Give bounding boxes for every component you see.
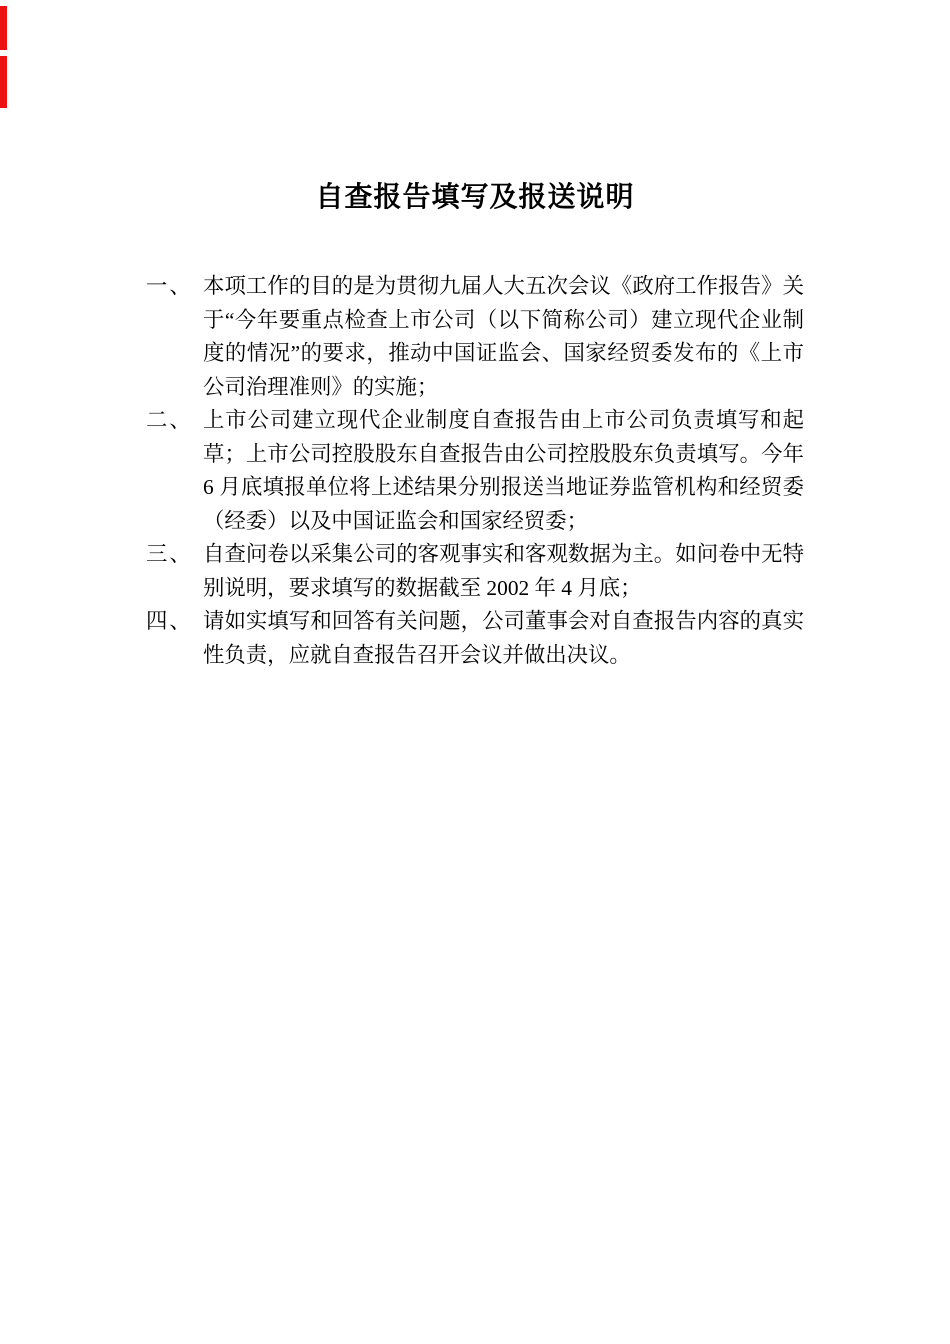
list-item-marker: 三、 bbox=[146, 538, 203, 572]
list-item-text: 自查问卷以采集公司的客观事实和客观数据为主。如问卷中无特别说明，要求填写的数据截… bbox=[203, 538, 804, 605]
list-item-4: 四、 请如实填写和回答有关问题，公司董事会对自查报告内容的真实性负责，应就自查报… bbox=[146, 605, 950, 672]
list-item-marker: 二、 bbox=[146, 404, 203, 438]
list-item-marker: 四、 bbox=[146, 605, 203, 639]
document-page: 自查报告填写及报送说明 一、 本项工作的目的是为贯彻九届人大五次会议《政府工作报… bbox=[0, 0, 950, 1344]
list-item-2: 二、 上市公司建立现代企业制度自查报告由上市公司负责填写和起草；上市公司控股股东… bbox=[146, 404, 950, 538]
left-edge-revision-mark bbox=[0, 6, 7, 50]
left-edge-revision-mark bbox=[0, 56, 7, 108]
instruction-list: 一、 本项工作的目的是为贯彻九届人大五次会议《政府工作报告》关于“今年要重点检查… bbox=[146, 270, 950, 672]
list-item-text: 上市公司建立现代企业制度自查报告由上市公司负责填写和起草；上市公司控股股东自查报… bbox=[203, 404, 804, 538]
list-item-marker: 一、 bbox=[146, 270, 203, 304]
list-item-1: 一、 本项工作的目的是为贯彻九届人大五次会议《政府工作报告》关于“今年要重点检查… bbox=[146, 270, 950, 404]
list-item-text: 请如实填写和回答有关问题，公司董事会对自查报告内容的真实性负责，应就自查报告召开… bbox=[203, 605, 804, 672]
list-item-text: 本项工作的目的是为贯彻九届人大五次会议《政府工作报告》关于“今年要重点检查上市公… bbox=[203, 270, 804, 404]
page-title: 自查报告填写及报送说明 bbox=[0, 0, 950, 214]
list-item-3: 三、 自查问卷以采集公司的客观事实和客观数据为主。如问卷中无特别说明，要求填写的… bbox=[146, 538, 950, 605]
